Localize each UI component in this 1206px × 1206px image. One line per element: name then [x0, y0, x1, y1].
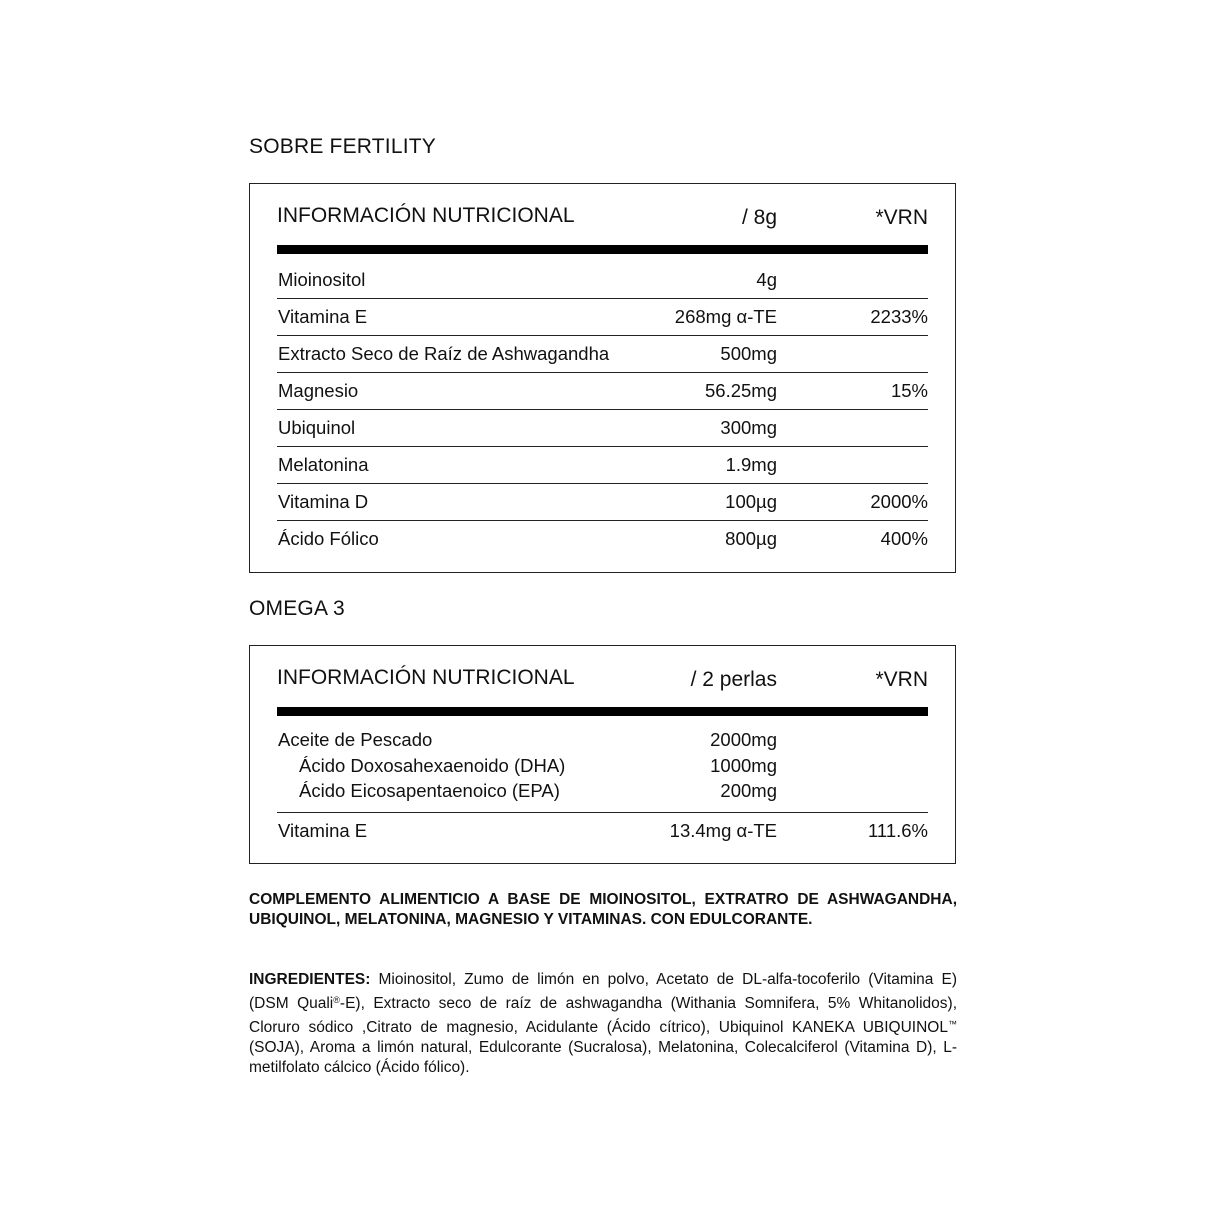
table-row: Aceite de Pescado 2000mg — [277, 729, 928, 755]
nutrient-amount: 13.4mg α-TE — [670, 820, 777, 842]
nutrient-name: Ácido Doxosahexaenoido (DHA) — [299, 755, 565, 777]
table-row: Vitamina E 13.4mg α-TE 111.6% — [277, 813, 928, 850]
nutrient-vrn: 15% — [891, 380, 928, 402]
nutrient-vrn: 111.6% — [868, 820, 928, 842]
nutrient-amount: 100µg — [725, 491, 777, 513]
trademark-mark: ™ — [948, 1019, 957, 1029]
nutrient-vrn: 400% — [881, 528, 928, 550]
nutrient-name: Mioinositol — [278, 269, 365, 291]
nutrient-amount: 200mg — [720, 780, 777, 802]
table-row: Magnesio 56.25mg 15% — [277, 373, 928, 410]
nutrient-name: Aceite de Pescado — [278, 729, 432, 751]
ingredients-label: INGREDIENTES: — [249, 971, 370, 988]
table-subrow: Ácido Doxosahexaenoido (DHA) 1000mg — [277, 755, 928, 781]
nutrient-amount: 1000mg — [710, 755, 777, 777]
nutrient-name: Ubiquinol — [278, 417, 355, 439]
table-row: Vitamina E 268mg α-TE 2233% — [277, 299, 928, 336]
nutrition-table-omega3: INFORMACIÓN NUTRICIONAL / 2 perlas *VRN … — [249, 645, 956, 864]
nutrient-amount: 56.25mg — [705, 380, 777, 402]
header-divider — [277, 245, 928, 254]
nutrient-amount: 300mg — [720, 417, 777, 439]
table-subrow: Ácido Eicosapentaenoico (EPA) 200mg — [277, 780, 928, 806]
section-title-omega3: OMEGA 3 — [249, 597, 345, 621]
ingredients-part2: -E), Extracto seco de raíz de ashwagandh… — [249, 995, 957, 1036]
nutrient-name: Extracto Seco de Raíz de Ashwagandha — [278, 343, 609, 365]
nutrient-vrn: 2000% — [870, 491, 928, 513]
nutrient-vrn: 2233% — [870, 306, 928, 328]
nutrient-name: Ácido Fólico — [278, 528, 379, 550]
nutrient-name: Vitamina E — [278, 820, 367, 842]
table-row: Ácido Fólico 800µg 400% — [277, 521, 928, 558]
nutrient-name: Ácido Eicosapentaenoico (EPA) — [299, 780, 560, 802]
nutrient-name: Melatonina — [278, 454, 369, 476]
header-label: INFORMACIÓN NUTRICIONAL — [277, 666, 575, 690]
table-row: Ubiquinol 300mg — [277, 410, 928, 447]
header-serving: / 8g — [742, 206, 777, 230]
header-vrn: *VRN — [875, 206, 928, 230]
nutrient-amount: 500mg — [720, 343, 777, 365]
nutrient-amount: 1.9mg — [726, 454, 777, 476]
header-divider — [277, 707, 928, 716]
table-body: Mioinositol 4g Vitamina E 268mg α-TE 223… — [277, 262, 928, 558]
table-header: INFORMACIÓN NUTRICIONAL / 8g *VRN — [277, 204, 928, 234]
nutrient-name: Vitamina D — [278, 491, 368, 513]
nutrient-amount: 4g — [756, 269, 777, 291]
table-body: Aceite de Pescado 2000mg Ácido Doxosahex… — [277, 729, 928, 850]
nutrition-table-fertility: INFORMACIÓN NUTRICIONAL / 8g *VRN Mioino… — [249, 183, 956, 573]
nutrient-name: Magnesio — [278, 380, 358, 402]
registered-mark: ® — [333, 995, 340, 1005]
nutrient-amount: 268mg α-TE — [675, 306, 777, 328]
table-header: INFORMACIÓN NUTRICIONAL / 2 perlas *VRN — [277, 666, 928, 696]
nutrient-name: Vitamina E — [278, 306, 367, 328]
ingredients-part3: (SOJA), Aroma a limón natural, Edulcoran… — [249, 1039, 957, 1076]
table-row: Melatonina 1.9mg — [277, 447, 928, 484]
table-row: Extracto Seco de Raíz de Ashwagandha 500… — [277, 336, 928, 373]
header-serving: / 2 perlas — [691, 668, 777, 692]
product-description: COMPLEMENTO ALIMENTICIO A BASE DE MIOINO… — [249, 890, 957, 930]
fish-oil-group: Aceite de Pescado 2000mg Ácido Doxosahex… — [277, 729, 928, 813]
header-label: INFORMACIÓN NUTRICIONAL — [277, 204, 575, 228]
header-vrn: *VRN — [875, 668, 928, 692]
nutrient-amount: 800µg — [725, 528, 777, 550]
ingredients-text: INGREDIENTES: Mioinositol, Zumo de limón… — [249, 970, 957, 1078]
table-row: Vitamina D 100µg 2000% — [277, 484, 928, 521]
nutrient-amount: 2000mg — [710, 729, 777, 751]
section-title-fertility: SOBRE FERTILITY — [249, 135, 436, 159]
table-row: Mioinositol 4g — [277, 262, 928, 299]
